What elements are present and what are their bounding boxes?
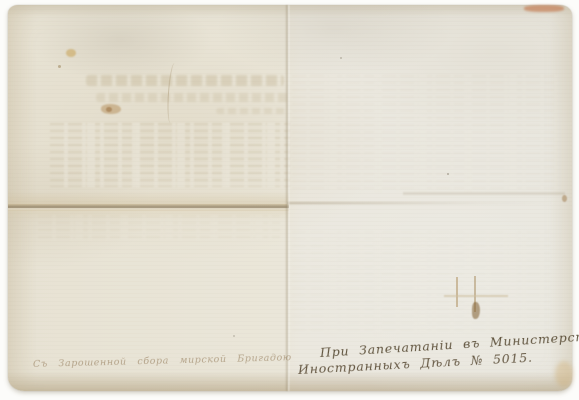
speck [340,57,342,59]
showthrough-subheading-line [216,108,288,114]
speck [58,65,61,68]
showthrough-heading-line-2 [96,93,288,102]
secondary-crease-right [403,192,565,195]
document-sheet: Съ Зарошенной сбора мирской Бригадою При… [8,5,572,391]
showthrough-body-text-right-lower [292,231,550,335]
showthrough-heading-line-1 [86,75,284,86]
speck [233,335,235,337]
red-smudge-top-right [524,5,564,12]
showthrough-body-text-left [50,123,290,187]
edge-dot-right [562,195,567,202]
scratch-mark-horizontal [444,295,508,297]
stain-yellow-spot [66,49,76,57]
vertical-fold-crease [285,5,290,391]
showthrough-body-text-right [292,75,558,193]
stain-brown-dot [106,107,112,112]
horizontal-fold-crease-right [287,201,559,205]
speck [447,173,449,175]
handwriting-note-left: Съ Зарошенной сбора мирской Бригадою [33,352,292,370]
scratch-mark-vertical-1 [456,277,458,307]
photo-background: Съ Зарошенной сбора мирской Бригадою При… [0,0,579,400]
stain-bottom-right [555,361,573,387]
horizontal-fold-crease-left [8,204,289,211]
